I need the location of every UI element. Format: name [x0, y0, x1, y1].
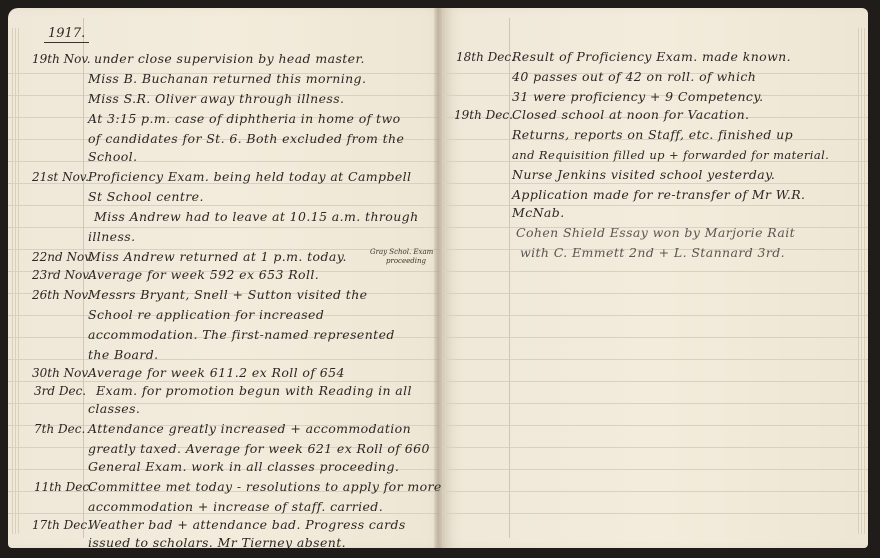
entry-line: illness.: [88, 226, 135, 248]
entry-line: 40 passes out of 42 on roll. of which: [512, 66, 756, 88]
entry-line: Attendance greatly increased + accommoda…: [88, 418, 411, 440]
left-page: 1917. 19th Nov. under close supervision …: [8, 8, 444, 548]
year-heading: 1917.: [44, 26, 89, 43]
margin-note: proceeding: [386, 257, 426, 265]
entry-date: 7th Dec.: [34, 418, 85, 440]
entry-line: Messrs Bryant, Snell + Sutton visited th…: [88, 284, 367, 306]
entry-date: 21st Nov.: [32, 166, 89, 188]
entry-date: 18th Dec.: [456, 46, 515, 68]
date-margin-line: [509, 18, 510, 538]
entry-line: issued to scholars. Mr Tierney absent.: [88, 532, 346, 548]
entry-line: Proficiency Exam. being held today at Ca…: [88, 166, 411, 188]
entry-date: 17th Dec.: [32, 514, 91, 536]
entry-date: 23rd Nov.: [32, 264, 91, 286]
entry-line: Exam. for promotion begun with Reading i…: [96, 380, 412, 402]
entry-line: Cohen Shield Essay won by Marjorie Rait: [516, 222, 795, 244]
entry-line: Miss Andrew had to leave at 10.15 a.m. t…: [94, 206, 419, 228]
entry-line: School.: [88, 146, 137, 168]
entry-line: Average for week 592 ex 653 Roll.: [88, 264, 319, 286]
entry-line: St School centre.: [88, 186, 204, 208]
entry-line: Committee met today - resolutions to app…: [88, 476, 442, 498]
entry-line: At 3:15 p.m. case of diphtheria in home …: [88, 108, 401, 130]
entry-date: 3rd Dec.: [34, 380, 86, 402]
entry-line: and Requisition filled up + forwarded fo…: [512, 144, 829, 166]
entry-line: Result of Proficiency Exam. made known.: [512, 46, 791, 68]
entry-line: accommodation. The first-named represent…: [88, 324, 395, 346]
entry-date: 11th Dec.: [34, 476, 93, 498]
entry-line: Closed school at noon for Vacation.: [512, 104, 749, 126]
entry-line: with C. Emmett 2nd + L. Stannard 3rd.: [520, 242, 785, 264]
entry-line: Nurse Jenkins visited school yesterday.: [512, 164, 775, 186]
entry-date: 19th Dec.: [454, 104, 513, 126]
right-page: 18th Dec. Result of Proficiency Exam. ma…: [444, 8, 868, 548]
entry-line: General Exam. work in all classes procee…: [88, 456, 399, 478]
entry-line: classes.: [88, 398, 140, 420]
book-spine: [434, 8, 442, 548]
margin-note: Gray Schol. Exam: [370, 248, 433, 256]
entry-line: McNab.: [512, 202, 565, 224]
entry-line: under close supervision by head master.: [94, 48, 365, 70]
entry-line: Returns, reports on Staff, etc. finished…: [512, 124, 793, 146]
entry-date: 26th Nov.: [32, 284, 91, 306]
entry-line: Miss S.R. Oliver away through illness.: [88, 88, 344, 110]
entry-date: 19th Nov.: [32, 48, 91, 70]
entry-line: School re application for increased: [88, 304, 324, 326]
entry-line: Miss B. Buchanan returned this morning.: [88, 68, 366, 90]
